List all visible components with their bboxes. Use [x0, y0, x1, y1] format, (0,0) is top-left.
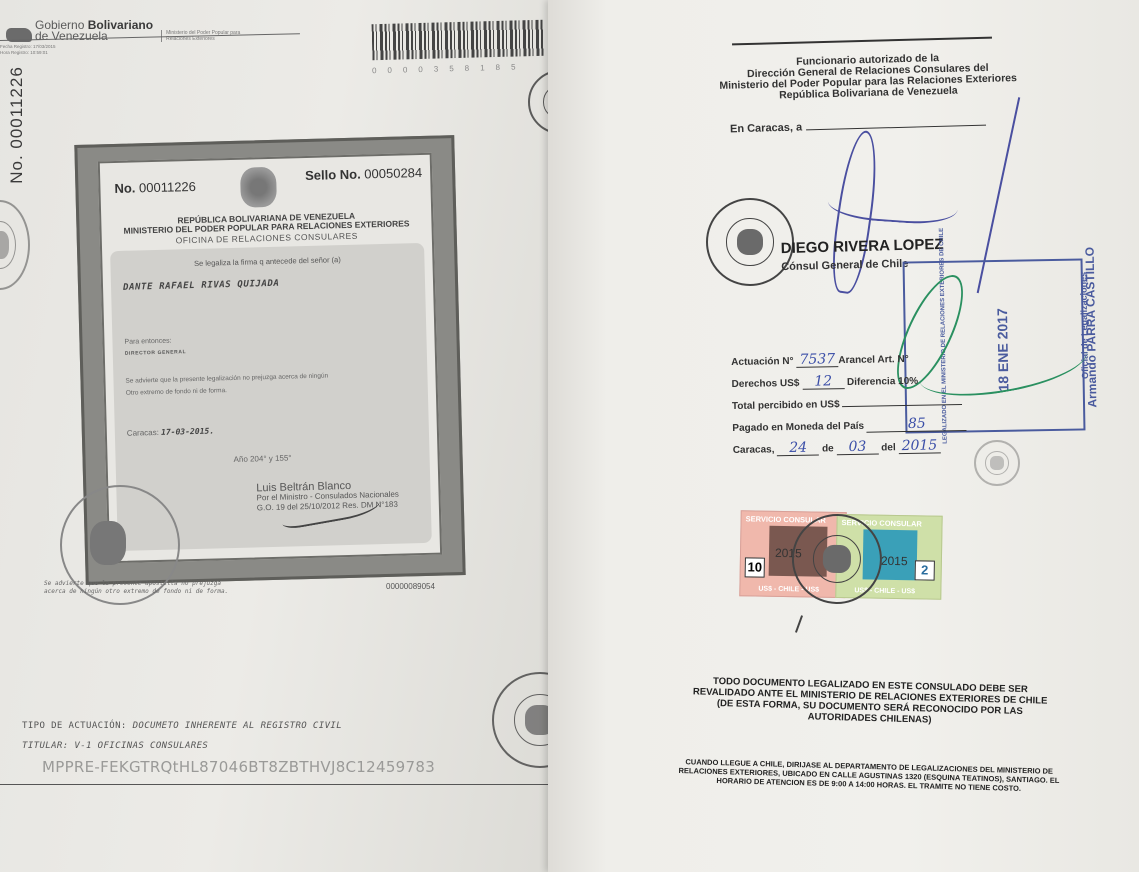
fecha-de: de — [822, 443, 834, 454]
sello-value: 00050284 — [364, 165, 422, 182]
tipo-block: TIPO DE ACTUACIÓN: DOCUMETO INHERENTE AL… — [22, 716, 342, 756]
apostille-note-line1: Se advierte que la presente apostilla no… — [44, 580, 228, 588]
fee-form: Actuación N° 7537Arancel Art. N° Derecho… — [731, 348, 967, 462]
fecha-month: 03 — [836, 439, 878, 455]
partial-seal-left — [0, 200, 30, 290]
arancel-label: Arancel Art. N° — [838, 354, 908, 366]
barcode — [372, 20, 545, 60]
position: DIRECTOR GENERAL — [125, 349, 187, 357]
bottom-divider — [0, 784, 556, 785]
apostille-note: Se advierte que la presente apostilla no… — [44, 580, 228, 596]
derechos-label: Derechos US$ — [732, 378, 800, 390]
row-fecha: Caracas, 24 de 03 del 2015 — [733, 436, 968, 462]
pen-mark — [795, 615, 803, 633]
side-number: No. 00011226 — [7, 66, 27, 184]
derechos-value: 12 — [802, 374, 844, 390]
tipo-actuacion: TIPO DE ACTUACIÓN: DOCUMETO INHERENTE AL… — [22, 716, 342, 736]
en-caracas: En Caracas, a — [730, 117, 986, 136]
signature-line — [732, 37, 992, 45]
left-page: Gobierno Bolivariano de Venezuela Minist… — [0, 0, 556, 872]
stamp-value: 2 — [915, 560, 935, 580]
pagado-value: 85 — [867, 416, 967, 433]
barcode-digits: 0000358185 — [372, 62, 547, 76]
revenue-stamps: SERVICIO CONSULAR 10 2015 US$ - CHILE - … — [739, 510, 940, 599]
fecha-caracas-label: Caracas, — [733, 444, 775, 456]
fecha-year: 2015 — [898, 438, 940, 454]
certificate-date: Caracas: 17-03-2015. — [127, 426, 214, 437]
faint-seal — [974, 440, 1020, 486]
actuacion-label: Actuación N° — [731, 356, 794, 368]
ano-text: Año 204° y 155° — [233, 453, 291, 464]
titular: TITULAR: V-1 OFICINAS CONSULARES — [22, 736, 342, 756]
para-entonces: Para entonces: — [124, 338, 171, 346]
total-label: Total percibido en US$ — [732, 399, 840, 412]
instructions-notice: CUANDO LLEGUE A CHILE, DIRIJASE AL DEPAR… — [674, 757, 1065, 794]
caracas-label: Caracas: — [127, 428, 159, 438]
sello-label: Sello No. — [305, 167, 361, 183]
reg-time: Hora Registro: 10:59:01 — [0, 50, 56, 56]
legaliza-text: Se legaliza la firma q antecede del seño… — [110, 253, 424, 270]
certificate-number: No. 00011226 — [114, 179, 196, 196]
tipo-value: DOCUMETO INHERENTE AL REGISTRO CIVIL — [133, 721, 342, 731]
coat-of-arms-icon — [240, 167, 277, 208]
caracas-date: 17-03-2015. — [161, 426, 214, 436]
total-value — [842, 404, 962, 407]
sello-number: Sello No. 00050284 — [305, 165, 422, 183]
gov-line2: de Venezuela — [35, 29, 108, 43]
advierte-text: Se advierte que la presente legalización… — [125, 368, 406, 399]
diferencia-label: Diferencia 10% — [847, 376, 918, 388]
stamp-year: 2015 — [881, 554, 908, 568]
pagado-label: Pagado en Moneda del País — [732, 421, 864, 434]
tipo-label: TIPO DE ACTUACIÓN: — [22, 721, 127, 731]
person-name: DANTE RAFAEL RIVAS QUIJADA — [123, 279, 280, 293]
titular-label: TITULAR: — [22, 741, 69, 751]
revalidation-notice: TODO DOCUMENTO LEGALIZADO EN ESTE CONSUL… — [689, 675, 1050, 728]
en-caracas-label: En Caracas, a — [730, 121, 802, 135]
fecha-del: del — [881, 442, 896, 453]
titular-value: V-1 OFICINAS CONSULARES — [74, 741, 208, 751]
stamp-value: 10 — [745, 557, 765, 577]
actuacion-value: 7537 — [796, 352, 838, 368]
apostille-note-line2: acerca de ningún otro extremo de fondo n… — [44, 588, 228, 596]
right-page: Funcionario autorizado de la Dirección G… — [548, 0, 1139, 872]
fecha-day: 24 — [777, 441, 819, 457]
cert-no-value: 00011226 — [139, 179, 196, 195]
cert-no-label: No. — [114, 180, 135, 196]
apostille-number: 00000089054 — [386, 582, 435, 591]
verification-code: MPPRE-FEKGTRQtHL87046BT8ZBTHVJ8C12459783 — [42, 758, 435, 776]
registration-info: Fecha Registro: 17/03/2015 Hora Registro… — [0, 44, 56, 56]
